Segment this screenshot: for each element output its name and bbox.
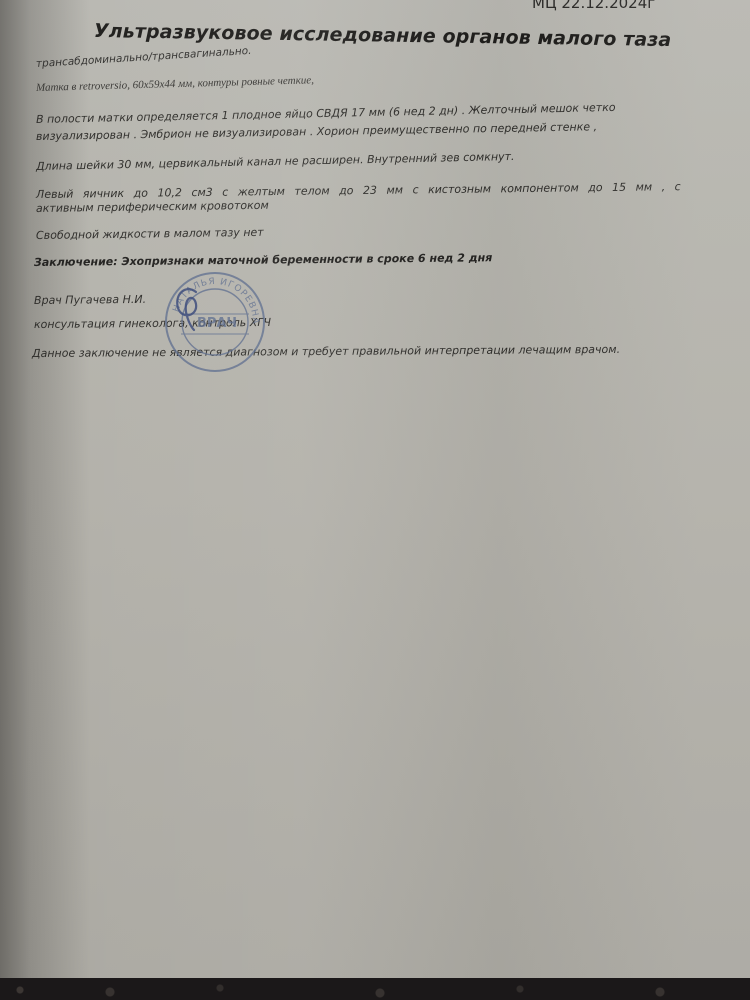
- ovary-findings-line-1: Левый яичник до 10,2 см3 с желтым телом …: [36, 180, 681, 201]
- free-fluid-finding: Свободной жидкости в малом тазу нет: [36, 226, 264, 242]
- paper-sheet: МЦ 22.12.2024г Ультразвуковое исследован…: [0, 0, 750, 978]
- background-fabric: [0, 978, 750, 1000]
- document-photo: МЦ 22.12.2024г Ультразвуковое исследован…: [0, 0, 750, 1000]
- document-title: Ультразвуковое исследование органов мало…: [94, 20, 672, 51]
- disclaimer: Данное заключение не является диагнозом …: [32, 343, 620, 360]
- uterus-description: Матка в retroversio, 60x59x44 мм, контур…: [36, 74, 314, 94]
- cervix-findings: Длина шейки 30 мм, цервикальный канал не…: [36, 150, 515, 173]
- exam-method: трансабдоминально/трансвагинально.: [36, 45, 252, 70]
- doctor-name: Врач Пугачева Н.И.: [34, 293, 146, 307]
- header-date: МЦ 22.12.2024г: [532, 0, 655, 12]
- signature-icon: [168, 282, 213, 332]
- conclusion: Заключение: Эхопризнаки маточной беремен…: [34, 251, 492, 269]
- ovary-findings-line-2: активным периферическим кровотоком: [36, 199, 269, 215]
